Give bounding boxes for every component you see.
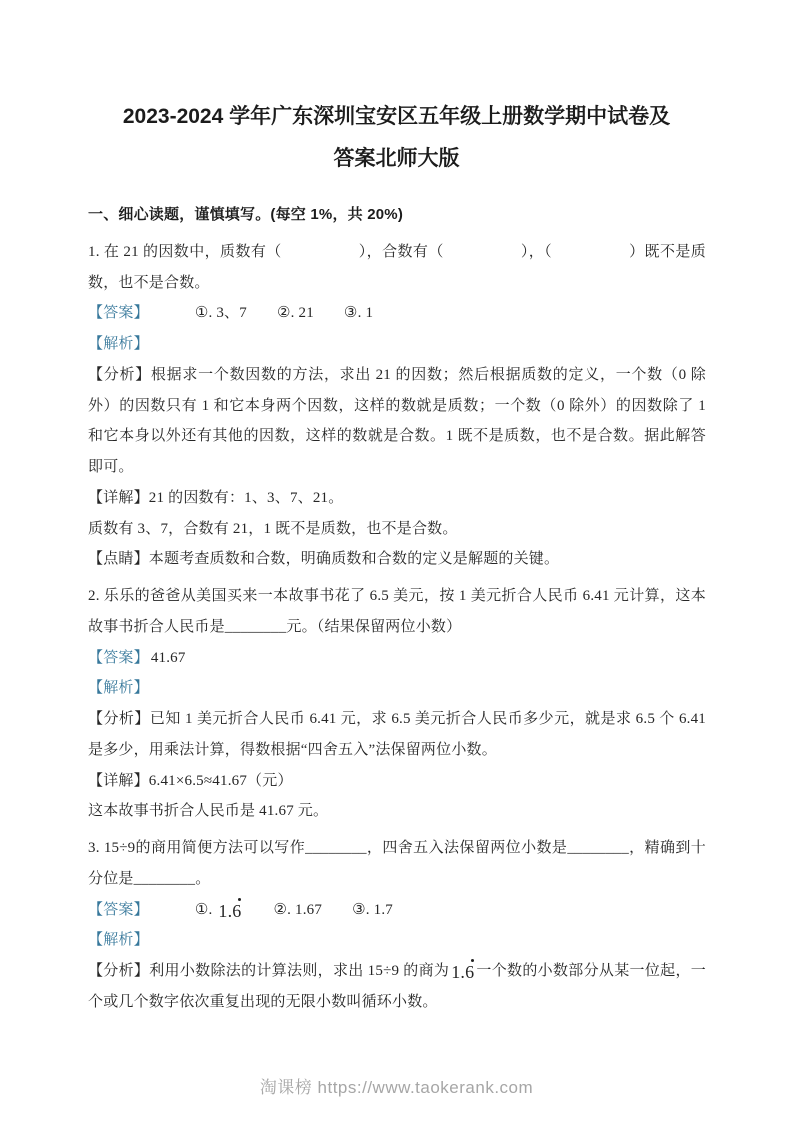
q3-answer-item-1: ①. 1.6 (195, 902, 244, 918)
q1-detail-continued: 质数有 3、7，合数有 21，1 既不是质数，也不是合数。 (88, 514, 706, 545)
q2-conclusion: 这本故事书折合人民币是 41.67 元。 (88, 796, 706, 827)
q1-answer-item-1: ①. 3、7 (195, 305, 247, 321)
q3-answer-item-3: ③. 1.7 (352, 902, 393, 918)
q3-analysis: 【分析】利用小数除法的计算法则，求出 15÷9 的商为1.6一个数的小数部分从某… (88, 956, 706, 1018)
q2-analysis: 【分析】已知 1 美元折合人民币 6.41 元，求 6.5 美元折合人民币多少元… (88, 704, 706, 766)
q2-detail: 【详解】6.41×6.5≈41.67（元） (88, 766, 706, 797)
page-title: 2023-2024 学年广东深圳宝安区五年级上册数学期中试卷及 答案北师大版 (60, 96, 733, 180)
q1-analysis-label-line: 【解析】 (88, 329, 706, 360)
q2-answer-value: 41.67 (151, 650, 186, 666)
q3-answer-line: 【答案】①. 1.6②. 1.67③. 1.7 (88, 895, 706, 926)
q3-analysis-text-before: 【分析】利用小数除法的计算法则，求出 15÷9 的商为 (88, 963, 449, 979)
q1-answer-item-2: ②. 21 (277, 305, 314, 321)
q2-analysis-label-line: 【解析】 (88, 673, 706, 704)
q3-analysis-label-line: 【解析】 (88, 925, 706, 956)
answer-label: 【答案】 (88, 305, 149, 321)
answer-label: 【答案】 (88, 902, 149, 918)
answer-label: 【答案】 (88, 650, 149, 666)
q3-answer-1-label: ①. (195, 902, 213, 918)
q2-answer-line: 【答案】41.67 (88, 643, 706, 674)
repeating-decimal: 1.6 (449, 963, 476, 981)
q1-detail: 【详解】21 的因数有：1、3、7、21。 (88, 483, 706, 514)
analysis-label: 【解析】 (88, 680, 149, 696)
footer-watermark: 淘课榜 https://www.taokerank.com (0, 1073, 793, 1098)
section-heading: 一、细心读题，谨慎填写。(每空 1%，共 20%) (88, 200, 706, 231)
question-1-stem: 1. 在 21 的因数中，质数有（ ），合数有（ ），（ ）既不是质数，也不是合… (88, 237, 706, 299)
analysis-label: 【解析】 (88, 932, 149, 948)
q1-answer-line: 【答案】①. 3、7②. 21③. 1 (88, 298, 706, 329)
analysis-label: 【解析】 (88, 336, 149, 352)
question-3-stem: 3. 15÷9的商用简便方法可以写作________，四舍五入法保留两位小数是_… (88, 833, 706, 895)
title-line-2: 答案北师大版 (60, 138, 733, 180)
repeating-decimal: 1.6 (216, 902, 243, 920)
q1-note: 【点睛】本题考查质数和合数，明确质数和合数的定义是解题的关键。 (88, 544, 706, 575)
q3-answer-item-2: ②. 1.67 (273, 902, 322, 918)
exam-body: 一、细心读题，谨慎填写。(每空 1%，共 20%) 1. 在 21 的因数中，质… (88, 200, 706, 1018)
document-page: 2023-2024 学年广东深圳宝安区五年级上册数学期中试卷及 答案北师大版 一… (0, 0, 793, 1122)
q1-answer-item-3: ③. 1 (344, 305, 373, 321)
q1-analysis: 【分析】根据求一个数因数的方法，求出 21 的因数；然后根据质数的定义，一个数（… (88, 360, 706, 483)
title-line-1: 2023-2024 学年广东深圳宝安区五年级上册数学期中试卷及 (60, 96, 733, 138)
question-2-stem: 2. 乐乐的爸爸从美国买来一本故事书花了 6.5 美元，按 1 美元折合人民币 … (88, 581, 706, 643)
